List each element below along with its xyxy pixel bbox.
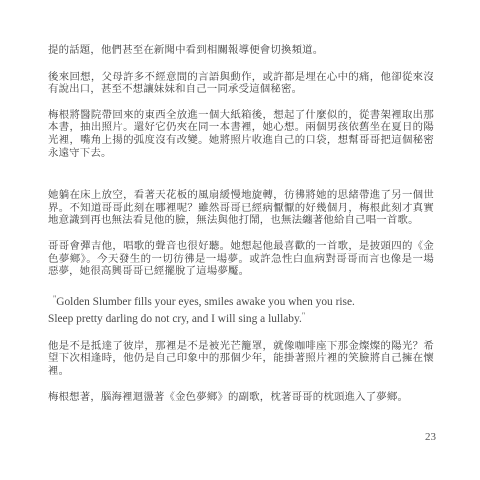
paragraph-4: 她躺在床上放空，看著天花板的風扇緩慢地旋轉，彷彿將她的思緒帶進了另一個世界。不知…: [48, 189, 434, 227]
book-page-body: 提的話題，他們甚至在新聞中看到相關報導便會切換頻道。 後來回想，父母許多不經意間…: [48, 44, 434, 416]
page-number: 23: [425, 431, 436, 443]
paragraph-6: 他是不是抵達了彼岸，那裡是不是被光芒籠罩，就像咖啡座下那金燦燦的陽光？希望下次相…: [48, 340, 434, 378]
song-lyric-quote: "Golden Slumber fills your eyes, smiles …: [48, 292, 434, 326]
paragraph-3: 梅根將醫院帶回來的東西全放進一個大紙箱後，想起了什麼似的，從書架裡取出那本書，抽…: [48, 109, 434, 159]
lyric-line-2: Sleep pretty darling do not cry, and I w…: [48, 309, 434, 326]
paragraph-5: 哥哥會彈吉他，唱歌的聲音也很好聽。她想起他最喜歡的一首歌，是披頭四的《金色夢鄉》…: [48, 240, 434, 278]
paragraph-7: 梅根想著，腦海裡迴盪著《金色夢鄉》的副歌，枕著哥哥的枕頭進入了夢鄉。: [48, 391, 434, 404]
paragraph-2: 後來回想，父母許多不經意間的言語與動作，或許都是埋在心中的痛，他卻從來沒有說出口…: [48, 71, 434, 96]
close-quote-mark: ": [302, 311, 305, 320]
lyric-line-1: "Golden Slumber fills your eyes, smiles …: [48, 292, 434, 309]
paragraph-1: 提的話題，他們甚至在新聞中看到相關報導便會切換頻道。: [48, 44, 434, 57]
